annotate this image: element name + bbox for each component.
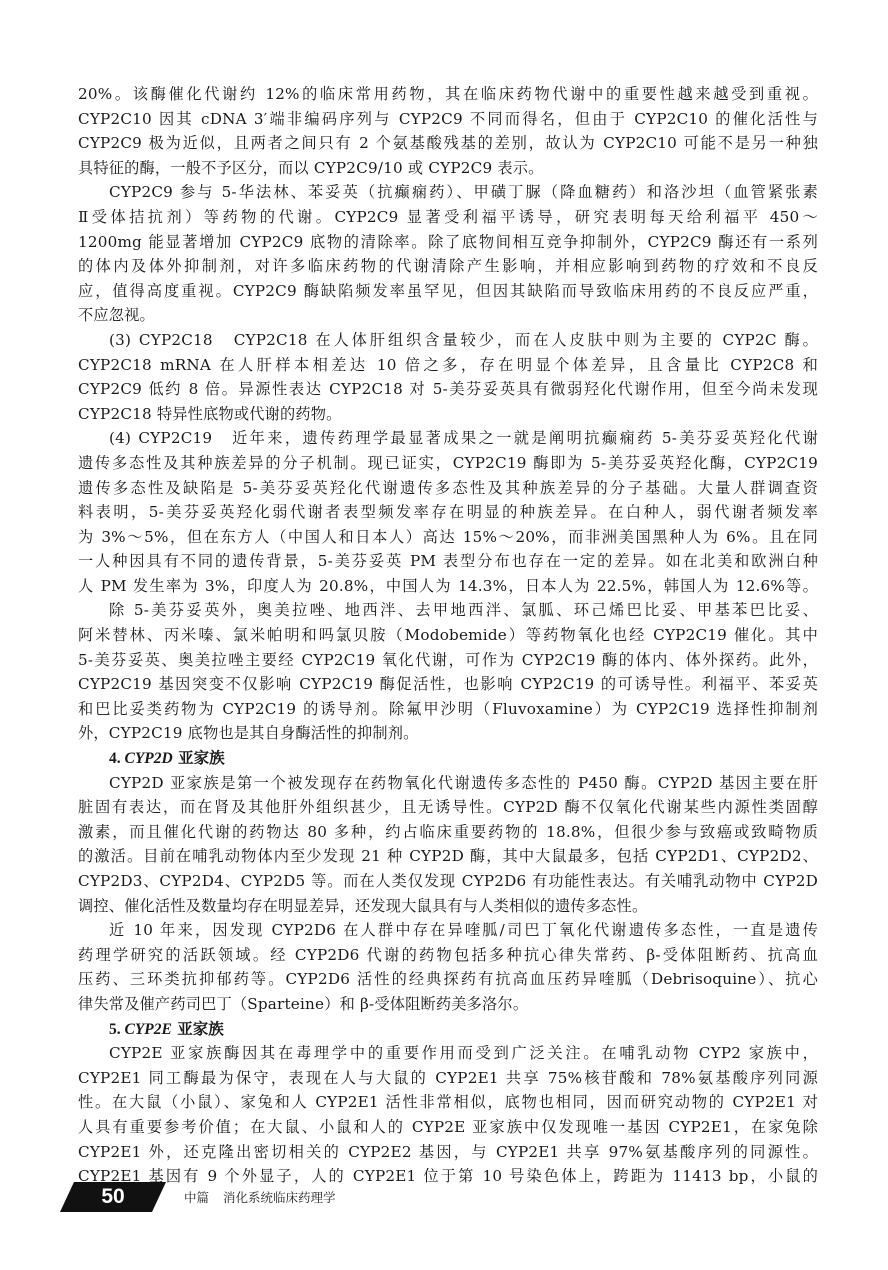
paragraph-cyp2c9: CYP2C9 参与 5-华法林、苯妥英（抗癫痫药）、甲磺丁脲（降血糖药）和洛沙坦…: [78, 180, 818, 328]
text-line: 20%。该酶催化代谢约 12%的临床常用药物，其在临床药物代谢中的重要性越来越受…: [78, 82, 818, 107]
paragraph-cyp2c19: (4) CYP2C19 近年来，遗传药理学最显著成果之一就是阐明抗癫痫药 5-美…: [78, 426, 818, 598]
text-line: Ⅱ受体拮抗剂）等药物的代谢。CYP2C9 显著受利福平诱导，研究表明每天给利福平…: [78, 205, 818, 230]
text-line: CYP2C9 低约 8 倍。异源性表达 CYP2C18 对 5-美芬妥英具有微弱…: [78, 377, 818, 402]
paragraph-cyp2d-intro: CYP2D 亚家族是第一个被发现存在药物氧化代谢遗传多态性的 P450 酶。CY…: [78, 771, 818, 919]
text-line: 一人种因具有不同的遗传背景，5-美芬妥英 PM 表型分布也存在一定的差异。如在北…: [78, 549, 818, 574]
text-line: 5-美芬妥英、奥美拉唑主要经 CYP2C19 氧化代谢，可作为 CYP2C19 …: [78, 648, 818, 673]
paragraph-cyp2c19-drugs: 除 5-美芬妥英外，奥美拉唑、地西泮、去甲地西泮、氯胍、环己烯巴比妥、甲基苯巴比…: [78, 598, 818, 746]
footer-book-title: 消化系统临床药理学: [223, 1190, 336, 1205]
text-line: CYP2D3、CYP2D4、CYP2D5 等。而在人类仅发现 CYP2D6 有功…: [78, 869, 818, 894]
running-footer: 中篇消化系统临床药理学: [184, 1188, 336, 1206]
heading-chinese: 亚家族: [172, 1020, 224, 1038]
text-line: 性。在大鼠（小鼠）、家兔和人 CYP2E1 活性非常相似，底物也相同，因而研究动…: [78, 1090, 818, 1115]
section-heading-cyp2d: 4. CYP2D 亚家族: [78, 746, 818, 771]
heading-chinese: 亚家族: [173, 749, 225, 767]
text-line: CYP2C10 因其 cDNA 3′端非编码序列与 CYP2C9 不同而得名，但…: [78, 107, 818, 132]
text-line: 激素，而且催化代谢的药物达 80 多种，约占临床重要药物的 18.8%，但很少参…: [78, 820, 818, 845]
text-line: CYP2D 亚家族是第一个被发现存在药物氧化代谢遗传多态性的 P450 酶。CY…: [78, 771, 818, 796]
text-line: (4) CYP2C19 近年来，遗传药理学最显著成果之一就是阐明抗癫痫药 5-美…: [78, 426, 818, 451]
paragraph-cyp2d6: 近 10 年来，因发现 CYP2D6 在人群中存在异喹胍/司巴丁氧化代谢遗传多态…: [78, 918, 818, 1016]
text-line: 阿米替林、丙米嗪、氯米帕明和吗氯贝胺（Modobemide）等药物氧化也经 CY…: [78, 623, 818, 648]
text-line: 的激活。目前在哺乳动物体内至少发现 21 种 CYP2D 酶，其中大鼠最多，包括…: [78, 844, 818, 869]
heading-number: 4.: [109, 750, 125, 767]
text-line: 律失常及催产药司巴丁（Sparteine）和 β-受体阻断药美多洛尔。: [78, 992, 818, 1017]
text-line: 遗传多态性及缺陷是 5-美芬妥英羟化代谢遗传多态性及其种族差异的分子基础。大量人…: [78, 476, 818, 501]
page-body: 20%。该酶催化代谢约 12%的临床常用药物，其在临床药物代谢中的重要性越来越受…: [78, 82, 818, 1189]
paragraph-cyp2c10: 20%。该酶催化代谢约 12%的临床常用药物，其在临床药物代谢中的重要性越来越受…: [78, 82, 818, 180]
text-line: CYP2C9 参与 5-华法林、苯妥英（抗癫痫药）、甲磺丁脲（降血糖药）和洛沙坦…: [78, 180, 818, 205]
text-line: 应，值得高度重视。CYP2C9 酶缺陷频发率虽罕见，但因其缺陷而导致临床用药的不…: [78, 279, 818, 304]
paragraph-cyp2e: CYP2E 亚家族酶因其在毒理学中的重要作用而受到广泛关注。在哺乳动物 CYP2…: [78, 1041, 818, 1189]
text-line: CYP2C18 mRNA 在人肝样本相差达 10 倍之多，存在明显个体差异，且含…: [78, 353, 818, 378]
text-line: 1200mg 能显著增加 CYP2C9 底物的清除率。除了底物间相互竞争抑制外，…: [78, 230, 818, 255]
heading-latin: CYP2D: [125, 750, 173, 767]
text-line: 为 3%～5%，但在东方人（中国人和日本人）高达 15%～20%，而非洲美国黑种…: [78, 525, 818, 550]
text-line: 调控、催化活性及数量均存在明显差异，还发现大鼠具有与人类相似的遗传多态性。: [78, 894, 818, 919]
text-line: CYP2E1 外，还克隆出密切相关的 CYP2E2 基因，与 CYP2E1 共享…: [78, 1140, 818, 1165]
text-line: 遗传多态性及其种族差异的分子机制。现已证实，CYP2C19 酶即为 5-美芬妥英…: [78, 451, 818, 476]
text-line: CYP2C18 特异性底物或代谢的药物。: [78, 402, 818, 427]
text-line: CYP2C19 基因突变不仅影响 CYP2C19 酶促活性，也影响 CYP2C1…: [78, 672, 818, 697]
page-number: 50: [60, 1182, 166, 1212]
text-line: 人 PM 发生率为 3%，印度人为 20.8%，中国人为 14.3%，日本人为 …: [78, 574, 818, 599]
paragraph-cyp2c18: (3) CYP2C18 CYP2C18 在人体肝组织含量较少，而在人皮肤中则为主…: [78, 328, 818, 426]
text-line: 和巴比妥类药物为 CYP2C19 的诱导剂。除氟甲沙明（Fluvoxamine）…: [78, 697, 818, 722]
text-line: (3) CYP2C18 CYP2C18 在人体肝组织含量较少，而在人皮肤中则为主…: [78, 328, 818, 353]
text-line: 压药、三环类抗抑郁药等。CYP2D6 活性的经典探药有抗高血压药异喹胍（Debr…: [78, 967, 818, 992]
text-line: CYP2E 亚家族酶因其在毒理学中的重要作用而受到广泛关注。在哺乳动物 CYP2…: [78, 1041, 818, 1066]
heading-latin: CYP2E: [125, 1021, 172, 1038]
footer-part: 中篇: [184, 1190, 209, 1205]
text-line: CYP2E1 同工酶最为保守，表现在人与大鼠的 CYP2E1 共享 75%核苷酸…: [78, 1066, 818, 1091]
text-line: 近 10 年来，因发现 CYP2D6 在人群中存在异喹胍/司巴丁氧化代谢遗传多态…: [78, 918, 818, 943]
text-line: 药理学研究的活跃领域。经 CYP2D6 代谢的药物包括多种抗心律失常药、β-受体…: [78, 943, 818, 968]
text-line: 脏固有表达，而在肾及其他肝外组织甚少，且无诱导性。CYP2D 酶不仅氧化代谢某些…: [78, 795, 818, 820]
page-number-badge: 50: [60, 1182, 166, 1212]
text-line: 人具有重要参考价值；在大鼠、小鼠和人的 CYP2E 亚家族中仅发现唯一基因 CY…: [78, 1115, 818, 1140]
text-line: 外，CYP2C19 底物也是其自身酶活性的抑制剂。: [78, 721, 818, 746]
page-footer: 50 中篇消化系统临床药理学: [60, 1182, 560, 1212]
text-line: 具特征的酶，一般不予区分，而以 CYP2C9/10 或 CYP2C9 表示。: [78, 156, 818, 181]
text-line: 的体内及体外抑制剂，对许多临床药物的代谢清除产生影响，并相应影响到药物的疗效和不…: [78, 254, 818, 279]
text-line: 不应忽视。: [78, 303, 818, 328]
text-line: CYP2C9 极为近似，且两者之间只有 2 个氨基酸残基的差别，故认为 CYP2…: [78, 131, 818, 156]
text-line: 料表明，5-美芬妥英羟化弱代谢者表型频发率存在明显的种族差异。在白种人，弱代谢者…: [78, 500, 818, 525]
heading-number: 5.: [109, 1021, 125, 1038]
section-heading-cyp2e: 5. CYP2E 亚家族: [78, 1017, 818, 1042]
text-line: 除 5-美芬妥英外，奥美拉唑、地西泮、去甲地西泮、氯胍、环己烯巴比妥、甲基苯巴比…: [78, 598, 818, 623]
